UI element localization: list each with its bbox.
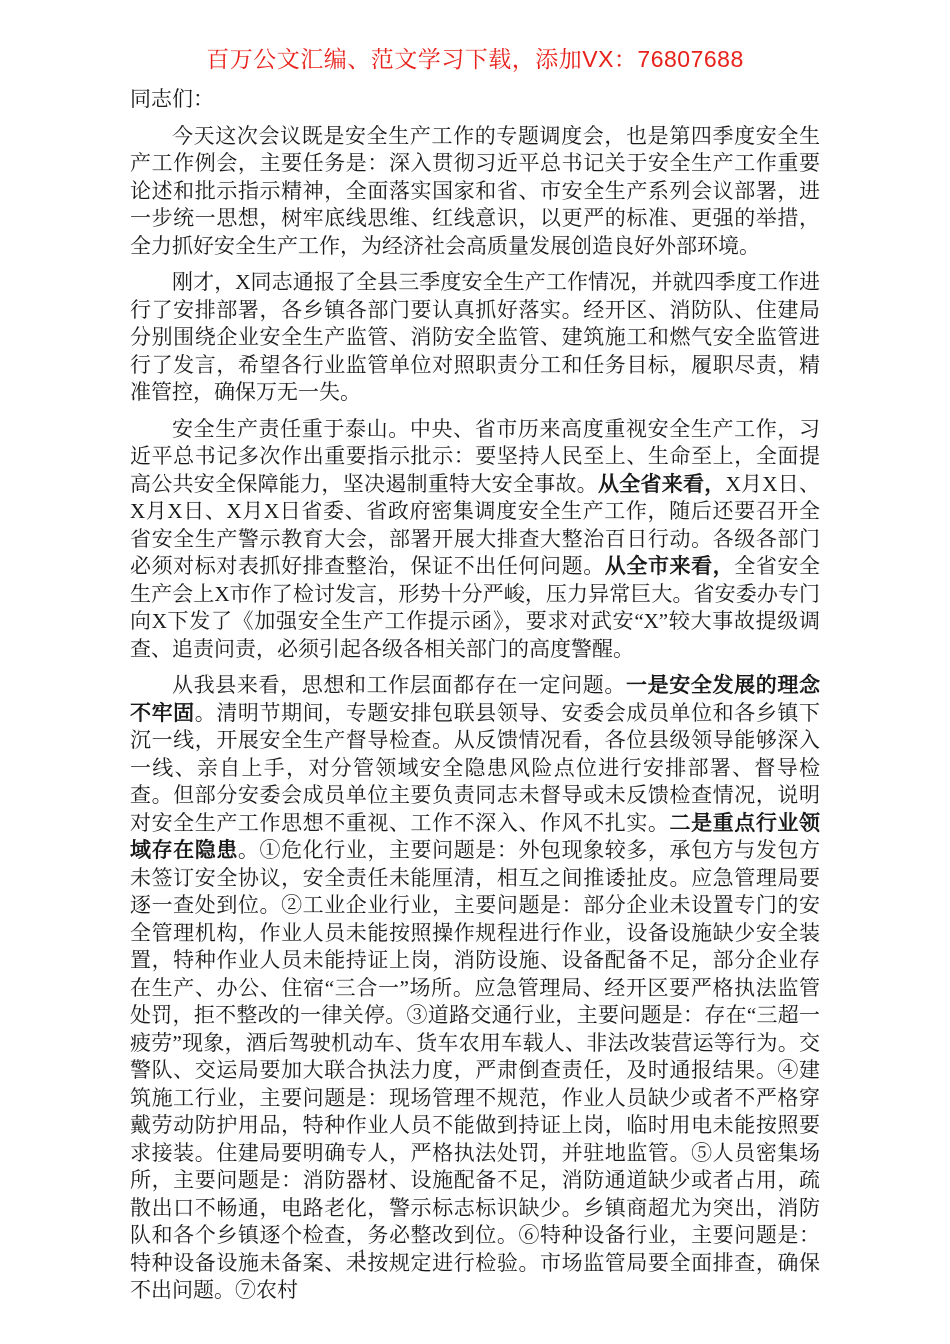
text-run: 从我县来看，思想和工作层面都存在一定问题。 [172,673,626,697]
text-run: 今天这次会议既是安全生产工作的专题调度会，也是第四季度安全生产工作例会，主要任务… [130,124,820,258]
text-run: 。①危化行业，主要问题是：外包现象较多，承包方与发包方未签订安全协议，安全责任未… [130,838,820,1302]
paragraph: 安全生产责任重于泰山。中央、省市历来高度重视安全生产工作，习近平总书记多次作出重… [130,416,820,664]
salutation: 同志们： [130,86,820,114]
text-run-bold: 从全市来看， [605,554,734,578]
paragraph: 从我县来看，思想和工作层面都存在一定问题。一是安全发展的理念不牢固。清明节期间，… [130,672,820,1305]
promo-header-text: 百万公文汇编、范文学习下载，添加VX：76807688 [0,41,950,74]
paragraph: 刚才，X同志通报了全县三季度安全生产工作情况，并就四季度工作进行了安排部署，各乡… [130,269,820,407]
text-run-bold: 从全省来看， [598,472,726,496]
document-body: 同志们： 今天这次会议既是安全生产工作的专题调度会，也是第四季度安全生产工作例会… [130,86,820,1305]
page-number: 1 [330,1246,394,1268]
text-run: 刚才，X同志通报了全县三季度安全生产工作情况，并就四季度工作进行了安排部署，各乡… [130,270,820,404]
document-page: { "page": { "background": "#ffffff", "pa… [0,0,950,1344]
paragraph: 今天这次会议既是安全生产工作的专题调度会，也是第四季度安全生产工作例会，主要任务… [130,123,820,261]
paragraph-container: 今天这次会议既是安全生产工作的专题调度会，也是第四季度安全生产工作例会，主要任务… [130,123,820,1305]
